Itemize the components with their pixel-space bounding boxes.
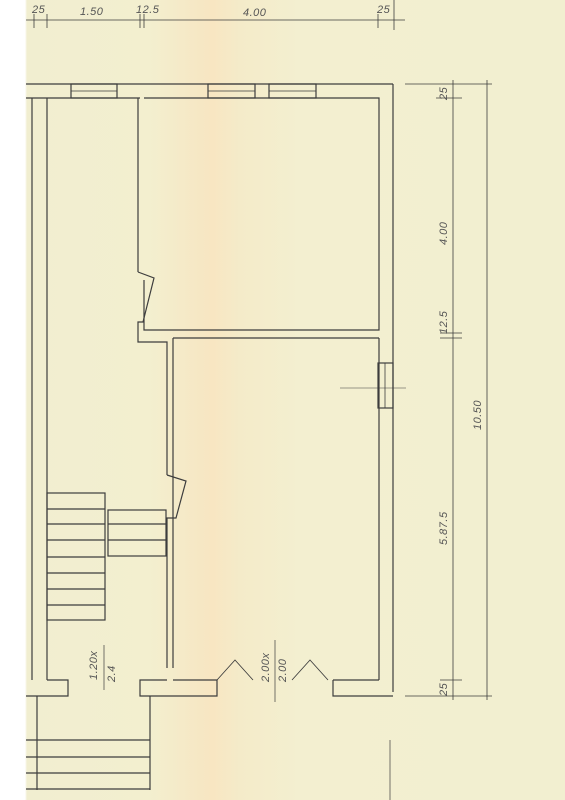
dim-right-top-wall: 25: [438, 87, 450, 100]
garage-door-size-top: 2.00x: [260, 653, 272, 682]
entrance-door-size-bottom: 2.4: [106, 665, 118, 682]
dim-right-upper-room: 4.00: [438, 222, 450, 245]
dim-right-bottom-wall: 25: [438, 683, 450, 696]
entrance-door-size-top: 1.20x: [88, 651, 100, 680]
dim-top-wall-right: 25: [377, 4, 390, 16]
dim-right-total: 10.50: [472, 400, 484, 430]
dim-top-wall-left: 25: [32, 4, 45, 16]
dim-top-partition: 12.5: [136, 4, 159, 16]
dim-top-room-left: 1.50: [80, 6, 103, 18]
dim-right-garage: 5.87.5: [438, 511, 450, 545]
dim-right-partition: 12.5: [438, 311, 450, 334]
dim-top-room-right: 4.00: [243, 7, 266, 19]
garage-door-size-bottom: 2.00: [277, 659, 289, 682]
